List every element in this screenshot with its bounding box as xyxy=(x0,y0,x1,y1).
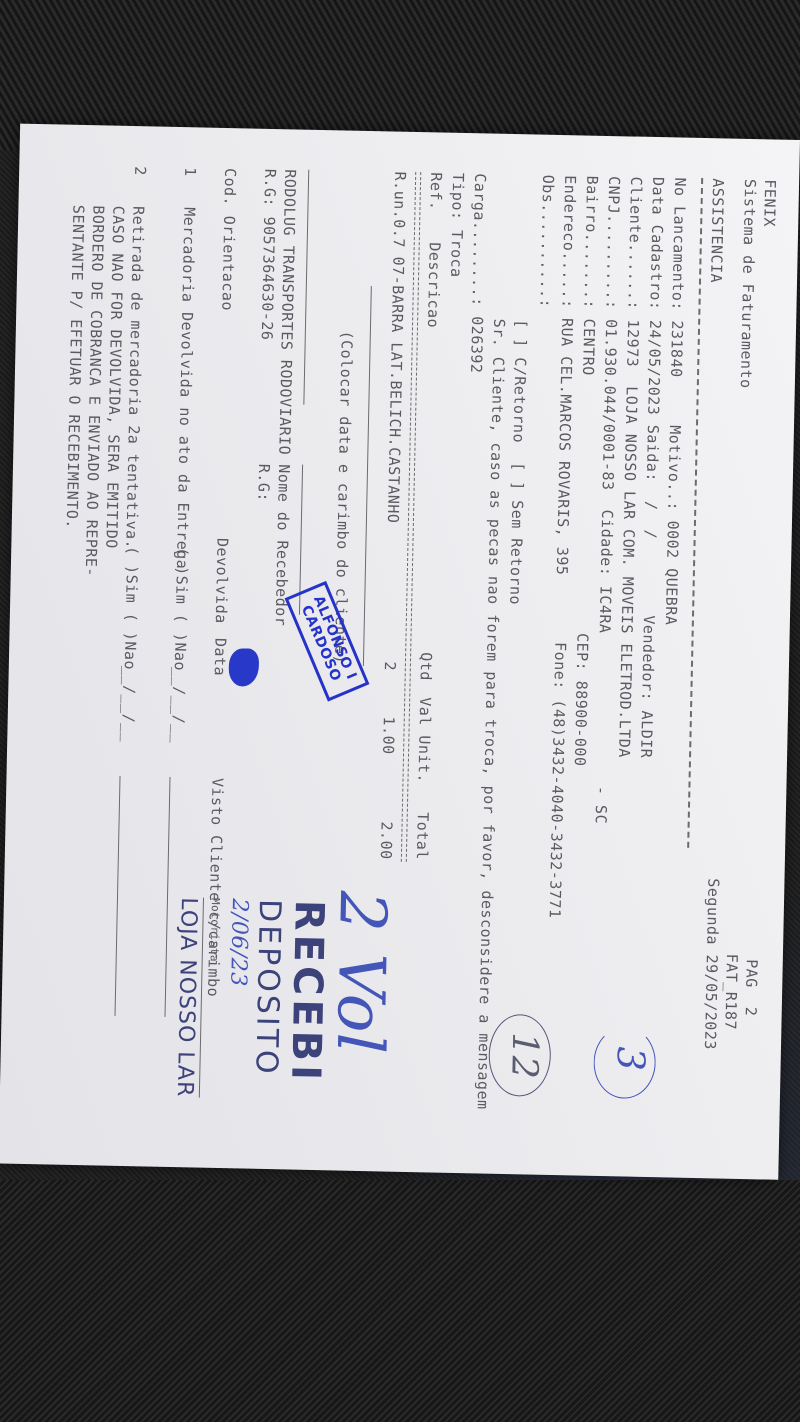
col-qtd: Qtd xyxy=(417,652,436,681)
orientation-code: 2 xyxy=(131,166,149,176)
col-val-unit: Val Unit. xyxy=(414,697,434,783)
report-code: FAT_R187 xyxy=(721,954,741,1031)
row-total: 2.00 xyxy=(377,821,396,859)
col-descricao: Descricao xyxy=(424,242,444,328)
store-stamp: LOJA NOSSO LAR xyxy=(173,897,199,1097)
table-row: R.un.0.7 07-BARRA LAT.BELICH.CASTANHO 2 … xyxy=(778,140,800,1180)
transport-line xyxy=(303,170,309,405)
client-notice: Sr. Cliente, caso as pecas nao forem par… xyxy=(474,319,509,1110)
receiver-rg: R.G: xyxy=(254,464,273,502)
fields-block: No Lancamento: 231840 Motivo..: 0002 QUE… xyxy=(522,175,692,921)
blue-name-stamp: ALFONSO I CARDOSO xyxy=(285,581,369,701)
col-total: Total xyxy=(413,812,432,860)
deposito-stamp: DEPOSITO xyxy=(250,899,284,1077)
circled-number: 12 xyxy=(503,1032,545,1080)
orientation-row-2: 2 Retirada de mercadoria 2a tentativa. C… xyxy=(778,140,800,1180)
transport-name: RODOLUG TRANSPORTES RODOVIARIO xyxy=(275,169,299,455)
row-qtd: 2 xyxy=(381,661,399,671)
orientation-date: __/__/__ xyxy=(119,666,139,743)
system-name: Sistema de Faturamento xyxy=(737,179,759,389)
return-options: [ ] C/Retorno [ ] Sem Retorno xyxy=(506,319,530,605)
field-carga: Carga........: 026392 xyxy=(467,173,489,373)
col-ref: Ref. xyxy=(426,172,445,210)
visto-line xyxy=(115,776,121,1016)
orientation-date: __/__/__ xyxy=(169,667,189,744)
bag-fabric-bottom xyxy=(0,1180,800,1422)
handwritten-volumes: 2 Vol xyxy=(322,890,399,1054)
field-tipo: Tipo: Troca xyxy=(447,173,467,278)
row-val-unit: 1.00 xyxy=(379,716,398,754)
motorista-label: Motorista xyxy=(208,898,222,962)
checkbox-with-return: [ ] C/Retorno xyxy=(510,319,531,443)
client-stamp-line xyxy=(363,286,372,666)
col-visto: Visto Cliente c/carimbo xyxy=(204,778,227,998)
header-divider xyxy=(687,178,703,848)
transport-rg: R.G: 9057364630-26 xyxy=(258,169,280,341)
col-devolvida: Devolvida xyxy=(212,538,232,624)
deposito-date: 2/06/23 xyxy=(225,898,252,987)
ink-blot xyxy=(228,648,259,687)
visto-line xyxy=(164,777,170,1017)
print-date: Segunda 29/05/2023 xyxy=(701,878,723,1050)
row-ref: R.un.0.7 xyxy=(390,171,410,248)
page-label: PAG 2 xyxy=(742,959,761,1017)
circled-letter: 3 xyxy=(608,1046,653,1072)
orientation-options: ( )Sim ( )Nao xyxy=(121,546,142,670)
orientation-label: Cod. Orientacao xyxy=(218,168,239,311)
orientation-code: 1 xyxy=(181,167,199,177)
orientation-text: Retirada de mercadoria 2a tentativa. CAS… xyxy=(61,205,149,578)
company-name: FENIX xyxy=(760,179,779,227)
invoice-document: FENIX Sistema de Faturamento PAG 2 FAT_R… xyxy=(0,124,800,1180)
row-descricao: 07-BARRA LAT.BELICH.CASTANHO xyxy=(384,256,408,523)
col-data: Data xyxy=(211,638,230,676)
checkbox-without-return: [ ] Sem Retorno xyxy=(506,462,527,605)
section-title: ASSISTENCIA xyxy=(707,178,727,283)
orientation-options: ( )Sim ( )Nao xyxy=(171,547,192,671)
orientation-row-1: 1 Mercadoria Devolvida no ato da Entrega… xyxy=(778,140,800,1180)
orientation-text: Mercadoria Devolvida no ato da Entrega xyxy=(173,207,199,569)
